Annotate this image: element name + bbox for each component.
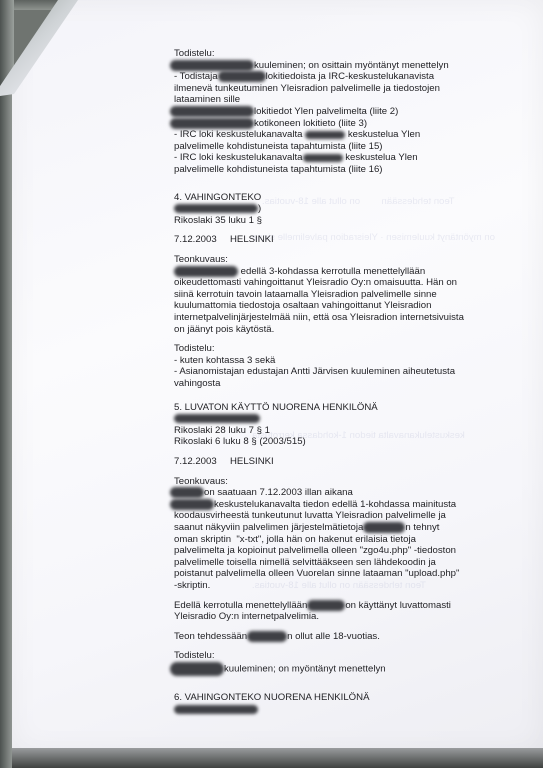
text-line: palvelimelle kohdistuneista tapahtumista… xyxy=(174,164,504,176)
page-bottom-edge xyxy=(12,748,543,768)
date: 7.12.2003 xyxy=(174,234,230,246)
text-line: poistanut palvelimella olleen Vuorelan s… xyxy=(174,568,504,580)
evidence-heading: Todistelu: xyxy=(174,48,504,60)
place: HELSINKI xyxy=(230,456,274,467)
text-line: on jäänyt pois käytöstä. xyxy=(174,324,504,336)
text-line: lokitiedot Ylen palvelimelta (liite 2) xyxy=(174,106,504,118)
redaction xyxy=(170,106,254,117)
text-line: Teon tehdessäänn ollut alle 18-vuotias. xyxy=(174,631,504,643)
description-heading: Teonkuvaus: xyxy=(174,254,504,266)
text-line: Edellä kerrotulla menettelylläänon käytt… xyxy=(174,600,504,612)
place: HELSINKI xyxy=(230,234,274,245)
text-line: palvelimelle toisella nimellä selvittääk… xyxy=(174,557,504,569)
section-6-title: 6. VAHINGONTEKO NUORENA HENKILÖNÄ xyxy=(174,692,504,704)
redaction xyxy=(170,60,254,71)
text-line: kuuleminen; on myöntänyt menettelyn xyxy=(174,662,504,676)
redaction xyxy=(170,499,214,510)
redaction xyxy=(170,487,204,498)
description-heading: Teonkuvaus: xyxy=(174,476,504,488)
document-body: Todistelu: kuuleminen; on osittain myönt… xyxy=(174,48,504,715)
text-line: oman skriptin "x-txt", jolla hän on hake… xyxy=(174,534,504,546)
redaction xyxy=(174,414,260,423)
redaction xyxy=(218,71,266,82)
text-line: palvelimelle kohdistuneista tapahtumista… xyxy=(174,141,504,153)
text-line: internetpalvelinjärjestelmää niin, että … xyxy=(174,312,504,324)
text-line: palvelimelta ja kopioinut palvelimella o… xyxy=(174,545,504,557)
evidence-heading: Todistelu: xyxy=(174,650,504,662)
text-line: - Todistajalokitiedoista ja IRC-keskuste… xyxy=(174,71,504,83)
redaction xyxy=(307,600,345,611)
redaction xyxy=(174,705,258,714)
text-line: saanut näkyviin palvelimen järjestelmäti… xyxy=(174,522,504,534)
text-line: - IRC loki keskustelukanavalta keskustel… xyxy=(174,152,504,164)
text-line: lataaminen sille xyxy=(174,94,504,106)
text-line: on saatuaan 7.12.2003 illan aikana xyxy=(174,487,504,499)
redaction xyxy=(247,631,287,642)
redaction xyxy=(363,522,405,533)
date: 7.12.2003 xyxy=(174,456,230,468)
redaction xyxy=(170,118,254,129)
text-line xyxy=(174,704,504,716)
date-place: 7.12.2003HELSINKI xyxy=(174,234,504,246)
text-line: siinä kerrotuin tavoin lataamalla Yleisr… xyxy=(174,289,504,301)
text-line: edellä 3-kohdassa kerrotulla menettelyll… xyxy=(174,266,504,278)
date-place: 7.12.2003HELSINKI xyxy=(174,456,504,468)
text-line: Yleisradio Oy:n internetpalvelimia. xyxy=(174,611,504,623)
section-5-title: 5. LUVATON KÄYTTÖ NUORENA HENKILÖNÄ xyxy=(174,402,504,414)
text-line: - IRC loki keskustelukanavalta keskustel… xyxy=(174,129,504,141)
law-reference: Rikoslaki 28 luku 7 § 1 xyxy=(174,425,504,437)
text-line: kuulumattomia tiedostoja osaltaan vahing… xyxy=(174,300,504,312)
text-line: ) xyxy=(174,203,504,215)
text-line: keskustelukanavalta tiedon edellä 1-kohd… xyxy=(174,499,504,511)
text-line: ilmenevä tunkeutuminen Yleisradion palve… xyxy=(174,83,504,95)
text-line: koodausvirheestä tunkeutunut luvatta Yle… xyxy=(174,510,504,522)
text-line: -skriptin. xyxy=(174,580,504,592)
redaction xyxy=(174,266,238,277)
photo-background-left xyxy=(0,0,14,768)
evidence-heading: Todistelu: xyxy=(174,343,504,355)
redaction xyxy=(303,154,343,162)
text-line: vahingosta xyxy=(174,378,504,390)
text-line: - Asianomistajan edustajan Antti Järvise… xyxy=(174,366,504,378)
redaction xyxy=(170,662,224,676)
law-reference: Rikoslaki 35 luku 1 § xyxy=(174,215,504,227)
text-line: kuuleminen; on osittain myöntänyt menett… xyxy=(174,60,504,72)
text-line: kotikoneen lokitieto (liite 3) xyxy=(174,118,504,130)
redaction xyxy=(305,131,345,139)
redaction xyxy=(174,204,258,213)
section-4-title: 4. VAHINGONTEKO xyxy=(174,192,504,204)
law-reference: Rikoslaki 6 luku 8 § (2003/515) xyxy=(174,436,504,448)
text-line xyxy=(174,413,504,425)
text-line: - kuten kohtassa 3 sekä xyxy=(174,355,504,367)
text-line: oikeudettomasti vahingoittanut Yleisradi… xyxy=(174,277,504,289)
